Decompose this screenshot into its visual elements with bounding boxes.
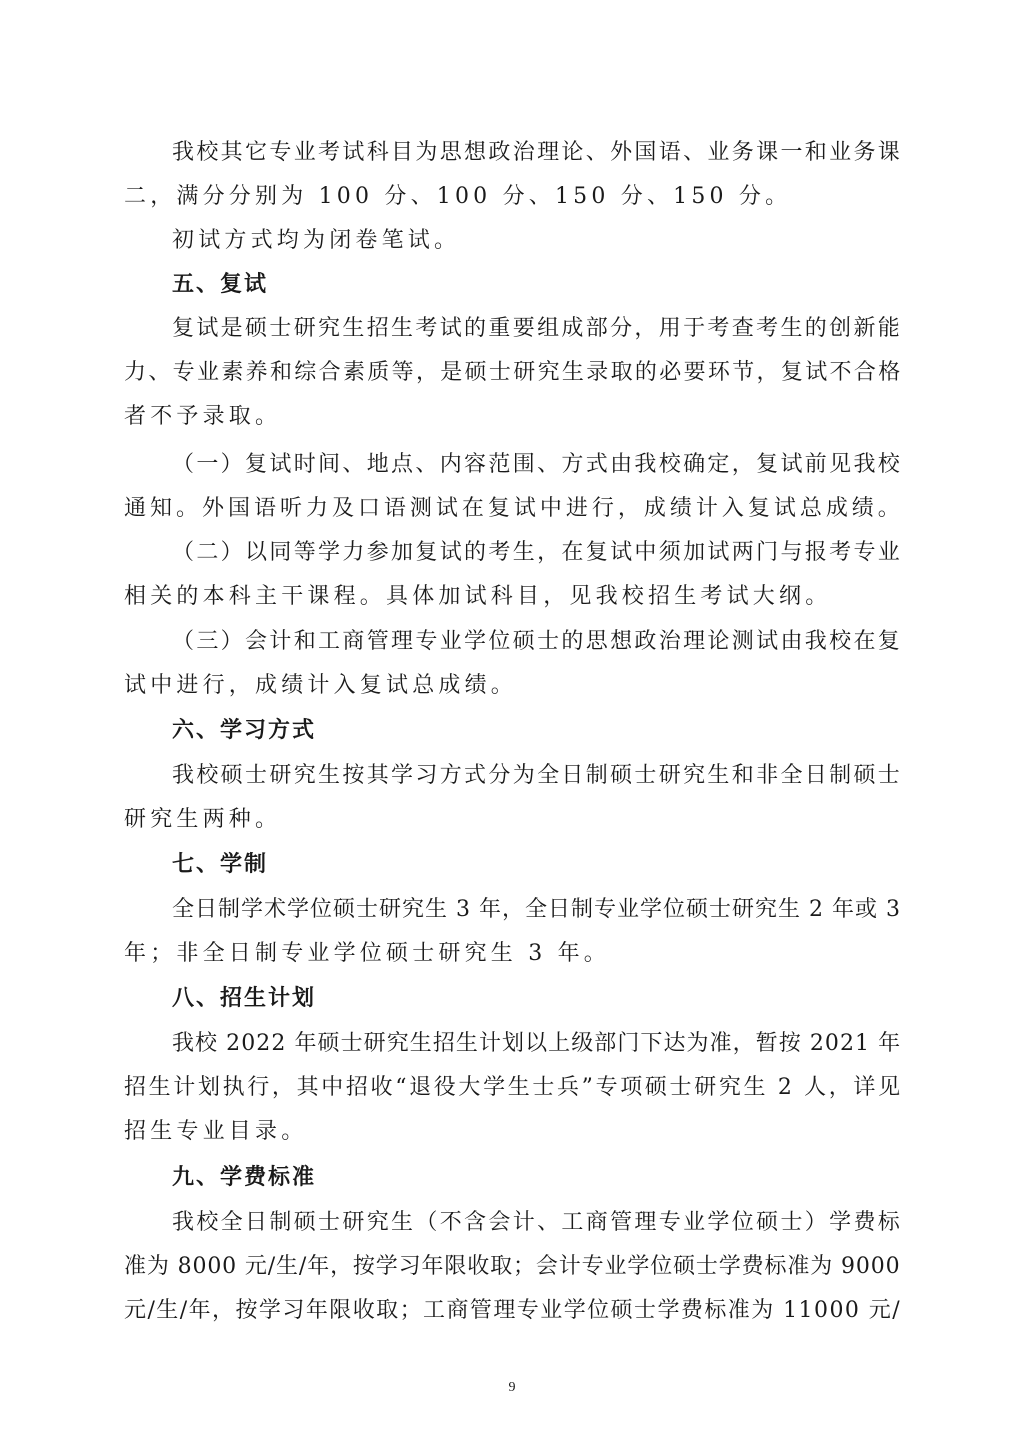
- section-heading: 九、学费标准: [172, 1163, 904, 1193]
- paragraph-line: 全日制学术学位硕士研究生 3 年，全日制专业学位硕士研究生 2 年或 3: [172, 895, 904, 925]
- section-heading: 五、复试: [172, 270, 904, 300]
- paragraph-line: 初试方式均为闭卷笔试。: [172, 226, 904, 256]
- paragraph-line: 我校其它专业考试科目为思想政治理论、外国语、业务课一和业务课: [172, 138, 904, 168]
- paragraph-line: 我校全日制硕士研究生（不含会计、工商管理专业学位硕士）学费标: [172, 1208, 904, 1238]
- paragraph-line: 试中进行，成绩计入复试总成绩。: [124, 671, 904, 701]
- paragraph-line: （三）会计和工商管理专业学位硕士的思想政治理论测试由我校在复: [172, 627, 904, 657]
- section-heading: 七、学制: [172, 850, 904, 880]
- paragraph-line: 二，满分分别为 100 分、100 分、150 分、150 分。: [124, 182, 904, 212]
- paragraph-line: 复试是硕士研究生招生考试的重要组成部分，用于考查考生的创新能: [172, 314, 904, 344]
- paragraph-line: 准为 8000 元/生/年，按学习年限收取；会计专业学位硕士学费标准为 9000: [124, 1252, 904, 1282]
- page-number: 9: [0, 1380, 1024, 1396]
- paragraph-line: 我校硕士研究生按其学习方式分为全日制硕士研究生和非全日制硕士: [172, 761, 904, 791]
- paragraph-line: 元/生/年，按学习年限收取；工商管理专业学位硕士学费标准为 11000 元/: [124, 1296, 904, 1326]
- paragraph-line: （一）复试时间、地点、内容范围、方式由我校确定，复试前见我校: [172, 450, 904, 480]
- section-heading: 八、招生计划: [172, 984, 904, 1014]
- paragraph-line: 招生专业目录。: [124, 1117, 904, 1147]
- section-heading: 六、学习方式: [172, 716, 904, 746]
- paragraph-line: 研究生两种。: [124, 805, 904, 835]
- paragraph-line: 招生计划执行，其中招收“退役大学生士兵”专项硕士研究生 2 人，详见: [124, 1073, 904, 1103]
- document-page: 我校其它专业考试科目为思想政治理论、外国语、业务课一和业务课二，满分分别为 10…: [0, 0, 1024, 1447]
- paragraph-line: 通知。外国语听力及口语测试在复试中进行，成绩计入复试总成绩。: [124, 494, 904, 524]
- paragraph-line: 力、专业素养和综合素质等，是硕士研究生录取的必要环节，复试不合格: [124, 358, 904, 388]
- paragraph-line: 年；非全日制专业学位硕士研究生 3 年。: [124, 939, 904, 969]
- paragraph-line: 者不予录取。: [124, 402, 904, 432]
- paragraph-line: 我校 2022 年硕士研究生招生计划以上级部门下达为准，暂按 2021 年: [172, 1029, 904, 1059]
- paragraph-line: （二）以同等学力参加复试的考生，在复试中须加试两门与报考专业: [172, 538, 904, 568]
- paragraph-line: 相关的本科主干课程。具体加试科目，见我校招生考试大纲。: [124, 582, 904, 612]
